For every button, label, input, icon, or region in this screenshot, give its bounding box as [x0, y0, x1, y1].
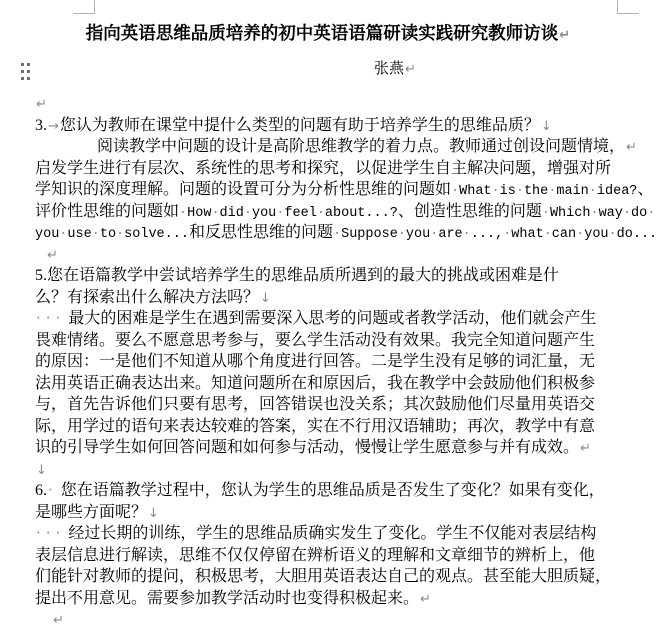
- space-mark: ·: [516, 184, 524, 199]
- text-boundary-corner-top-left: [73, 0, 95, 14]
- text-line: ↵: [35, 609, 625, 630]
- document-title-text: 指向英语思维品质培养的初中英语语篇研读实践研究教师访谈: [86, 23, 559, 43]
- tab-mark: →: [47, 119, 60, 134]
- space-mark: ·: [623, 206, 631, 221]
- text-run: 启发学生进行有层次、系统性的思考和探究，以促进学生自主解决问题，增强对所: [35, 160, 611, 177]
- text-run: 、创造性思维的问题: [398, 203, 542, 220]
- text-line: 评价性思维的问题如·How·did·you·feel·about...?、创造性…: [35, 201, 625, 223]
- text-line: 启发学生进行有层次、系统性的思考和探究，以促进学生自主解决问题，增强对所: [35, 158, 625, 180]
- text-run: 法用英语正确表达出来。知道问题所在和原因后，我在教学中会鼓励他们积极参: [35, 375, 595, 392]
- text-line: 识的引导学生如何回答问题和如何参与活动，慢慢让学生愿意参与并有成效。↵: [35, 437, 625, 459]
- text-line: ↵: [35, 93, 625, 115]
- text-line: 阅读教学中问题的设计是高阶思维教学的着力点。教师通过创设问题情境，↵: [35, 136, 625, 158]
- english-text-run: ·What·is·the·main·idea?: [451, 184, 637, 199]
- space-marks: ···: [35, 309, 68, 327]
- handle-dot: [27, 70, 30, 73]
- document-title: 指向英语思维品质培养的初中英语语篇研读实践研究教师访谈↵: [0, 20, 657, 45]
- paragraph-mark: ↵: [52, 613, 65, 628]
- paragraph-mark: ↵: [558, 28, 571, 43]
- text-run: 6.: [35, 482, 47, 499]
- space-mark: ·: [398, 227, 406, 242]
- text-run: 最大的困难是学生在遇到需要深入思考的问题或者教学活动，他们就会产生: [68, 310, 596, 327]
- text-run: 是哪些方面呢？: [35, 504, 147, 521]
- space-mark: ·: [211, 206, 219, 221]
- text-run: 么？有探索出什么解决方法吗？: [35, 289, 259, 306]
- text-run: 与，首先告诉他们只要有思考，回答错误也没关系；其次鼓励他们尽量用英语交: [35, 396, 595, 413]
- text-line: 学知识的深度理解。问题的设置可分为分析性思维的问题如·What·is·the·m…: [35, 179, 625, 201]
- space-mark: ·: [463, 227, 471, 242]
- paragraph-mark: ↵: [625, 140, 638, 155]
- text-line: 们能针对教师的提问，积极思考，大胆用英语表达自己的观点。甚至能大胆质疑，: [35, 566, 625, 588]
- space-mark: ·: [542, 206, 550, 221]
- text-line: 畏难情绪。要么不愿意思考参与，要么学生活动没有效果。我完全知道问题产生: [35, 330, 625, 352]
- text-run: 您在语篇教学过程中，您认为学生的思维品质是否发生了变化？如果有变化，: [61, 482, 605, 499]
- space-mark: ·: [647, 206, 655, 221]
- space-mark: ·: [590, 206, 598, 221]
- text-line: ↵: [35, 244, 625, 266]
- text-line: ↓: [35, 459, 625, 481]
- document-author-text: 张燕: [374, 61, 404, 77]
- space-mark: ·: [544, 227, 552, 242]
- text-run: 提出不用意见。需要参加教学活动时也变得积极起来。: [35, 590, 419, 607]
- space-mark: ·: [116, 227, 124, 242]
- text-run: 和反思性思维的问题: [189, 224, 333, 241]
- english-text-run: ·Which·way·do·: [542, 206, 655, 221]
- paragraph-mark: ↵: [579, 441, 592, 456]
- text-run: 学知识的深度理解。问题的设置可分为分析性思维的问题如: [35, 181, 451, 198]
- space-mark: ·: [276, 206, 284, 221]
- text-line: 的原因：一是他们不知道从哪个角度进行回答。二是学生没有足够的词汇量，无: [35, 351, 625, 373]
- handle-dot: [21, 77, 24, 80]
- text-line: you·use·to·solve...和反思性思维的问题·Suppose·you…: [35, 222, 625, 244]
- space-mark: ·: [548, 184, 556, 199]
- space-mark: ·: [59, 227, 67, 242]
- space-mark: ·: [492, 184, 500, 199]
- handle-dot: [27, 63, 30, 66]
- text-run: 、: [637, 181, 653, 198]
- space-mark: ·: [576, 227, 584, 242]
- text-run: 经过长期的训练，学生的思维品质确实发生了变化。学生不仅能对表层结构: [68, 525, 596, 542]
- line-break-mark: ↓: [35, 463, 48, 478]
- space-mark: ·: [333, 227, 341, 242]
- paragraph-mark: ↵: [46, 248, 59, 263]
- space-mark: ·: [609, 227, 617, 242]
- paragraph-mark: ↵: [404, 62, 417, 77]
- document-author: 张燕↵: [374, 57, 417, 78]
- space-mark: ·: [92, 227, 100, 242]
- drag-handle-icon[interactable]: [19, 61, 31, 82]
- text-line: 法用英语正确表达出来。知道问题所在和原因后，我在教学中会鼓励他们积极参: [35, 373, 625, 395]
- english-text-run: ·How·did·you·feel·about...?: [179, 206, 398, 221]
- text-line: ···经过长期的训练，学生的思维品质确实发生了变化。学生不仅能对表层结构: [35, 523, 625, 545]
- document-body: ↵3.→您认为教师在课堂中提什么类型的问题有助于培养学生的思维品质？↓阅读教学中…: [35, 93, 625, 630]
- space-mark: ·: [244, 206, 252, 221]
- line-break-mark: ↓: [540, 119, 553, 134]
- text-run: 3.: [35, 117, 47, 134]
- text-line: 5.您在语篇教学中尝试培养学生的思维品质所遇到的最大的挑战或困难是什: [35, 265, 625, 287]
- space-mark: ·: [589, 184, 597, 199]
- text-line: 际，用学过的语句来表达较难的答案，实在不行用汉语辅助；再次，教学中有意: [35, 416, 625, 438]
- text-run: 的原因：一是他们不知道从哪个角度进行回答。二是学生没有足够的词汇量，无: [35, 353, 595, 370]
- text-run: 们能针对教师的提问，积极思考，大胆用英语表达自己的观点。甚至能大胆质疑，: [35, 568, 611, 585]
- text-run: 阅读教学中问题的设计是高阶思维教学的着力点。教师通过创设问题情境，: [97, 138, 625, 155]
- text-run: 评价性思维的问题如: [35, 203, 179, 220]
- text-line: 表层信息进行解读，思维不仅仅停留在辨析语义的理解和文章细节的辨析上，他: [35, 545, 625, 567]
- space-mark: ·: [317, 206, 325, 221]
- text-line: 么？有探索出什么解决方法吗？↓: [35, 287, 625, 309]
- text-line: 提出不用意见。需要参加教学活动时也变得积极起来。↵: [35, 588, 625, 610]
- text-run: 您认为教师在课堂中提什么类型的问题有助于培养学生的思维品质？: [60, 117, 540, 134]
- handle-dot: [27, 77, 30, 80]
- line-break-mark: ↓: [147, 506, 160, 521]
- space-mark: ·: [451, 184, 459, 199]
- line-break-mark: ↓: [259, 291, 272, 306]
- text-run: 表层信息进行解读，思维不仅仅停留在辨析语义的理解和文章细节的辨析上，他: [35, 547, 595, 564]
- text-line: 与，首先告诉他们只要有思考，回答错误也没关系；其次鼓励他们尽量用英语交: [35, 394, 625, 416]
- english-text-run: ·Suppose·you·are·...,·what·can·you·do...…: [333, 227, 657, 242]
- space-mark: ·: [430, 227, 438, 242]
- paragraph-mark: ↵: [35, 97, 48, 112]
- english-text-run: you·use·to·solve...: [35, 227, 189, 242]
- space-mark: ·: [503, 227, 511, 242]
- space-marks: ···: [35, 524, 68, 542]
- text-line: 是哪些方面呢？↓: [35, 502, 625, 524]
- text-run: 际，用学过的语句来表达较难的答案，实在不行用汉语辅助；再次，教学中有意: [35, 418, 595, 435]
- text-run: 5.您在语篇教学中尝试培养学生的思维品质所遇到的最大的挑战或困难是什: [35, 267, 559, 284]
- text-run: 畏难情绪。要么不愿意思考参与，要么学生活动没有效果。我完全知道问题产生: [35, 332, 595, 349]
- space-marks: ·: [47, 481, 61, 499]
- space-mark: ·: [179, 206, 187, 221]
- text-run: 识的引导学生如何回答问题和如何参与活动，慢慢让学生愿意参与并有成效。: [35, 439, 579, 456]
- word-document-page: { "doc": { "title": "指向英语思维品质培养的初中英语语篇研读…: [0, 0, 657, 630]
- text-line: 6.·您在语篇教学过程中，您认为学生的思维品质是否发生了变化？如果有变化，: [35, 480, 625, 502]
- text-line: 3.→您认为教师在课堂中提什么类型的问题有助于培养学生的思维品质？↓: [35, 115, 625, 137]
- handle-dot: [21, 63, 24, 66]
- handle-dot: [21, 70, 24, 73]
- paragraph-mark: ↵: [419, 592, 432, 607]
- text-line: ···最大的困难是学生在遇到需要深入思考的问题或者教学活动，他们就会产生: [35, 308, 625, 330]
- text-boundary-corner-top-right: [617, 0, 639, 14]
